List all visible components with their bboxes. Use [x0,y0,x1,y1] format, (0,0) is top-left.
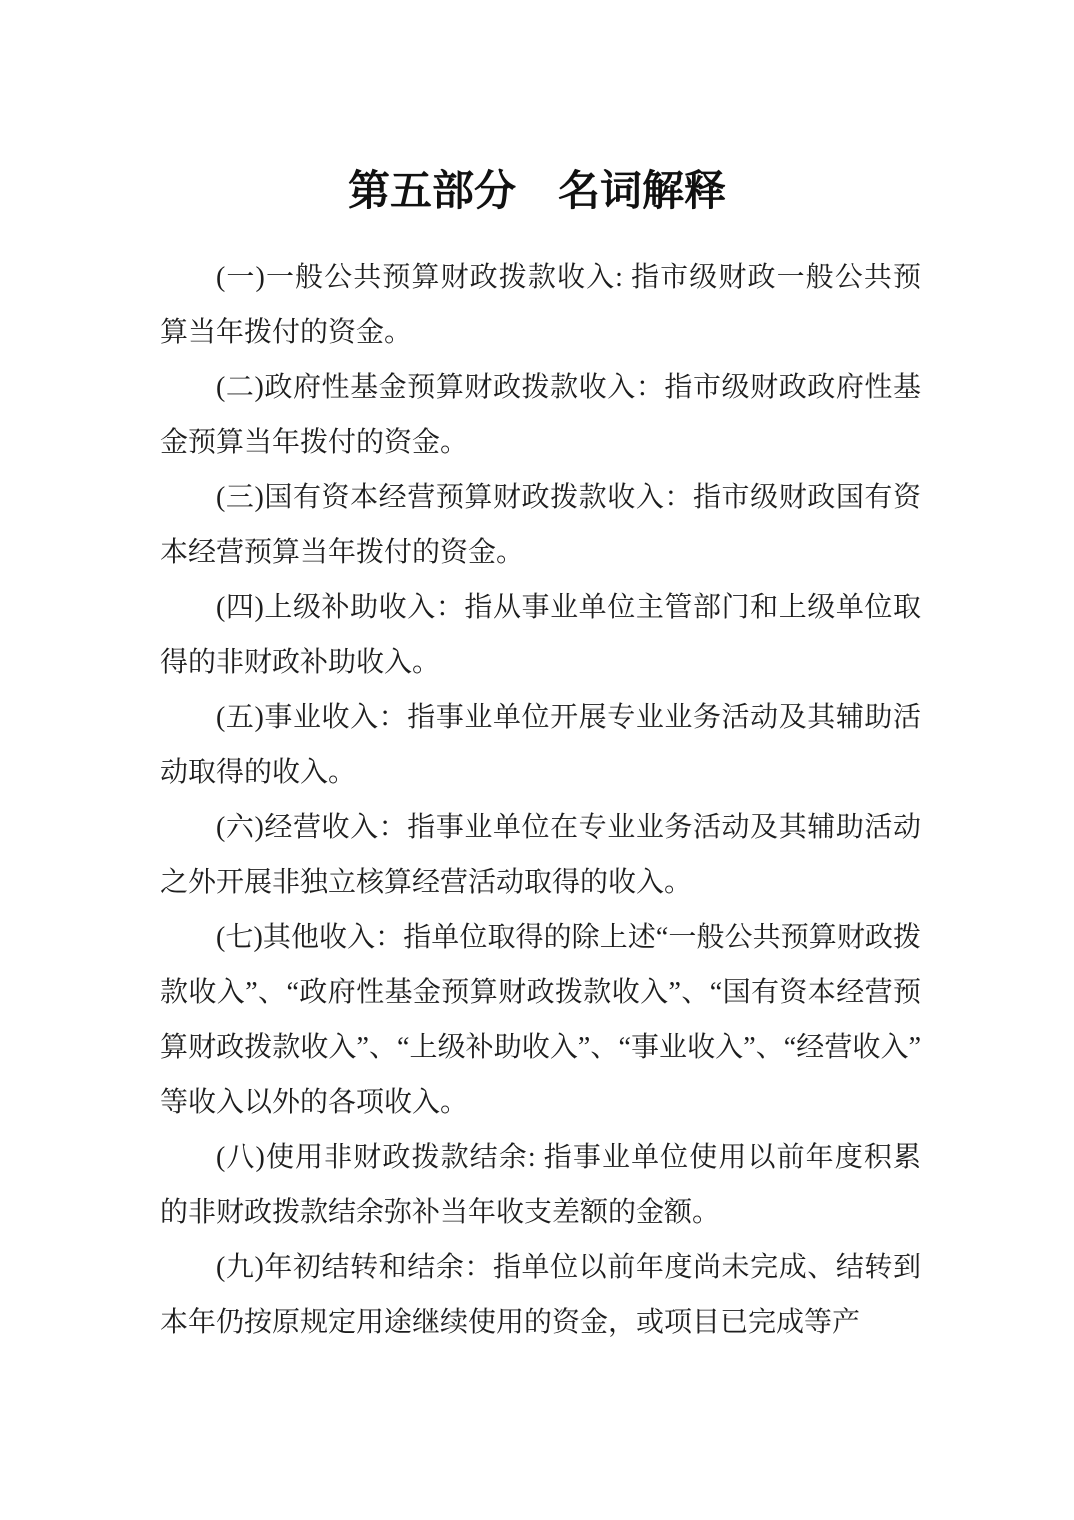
term-paragraph-general-public-budget: (一)一般公共预算财政拨款收入: 指市级财政一般公共预算当年拨付的资金。 [160,250,921,360]
term-paragraph-operating-income: (六)经营收入：指事业单位在专业业务活动及其辅助活动之外开展非独立核算经营活动取… [160,800,921,910]
glossary-content: (一)一般公共预算财政拨款收入: 指市级财政一般公共预算当年拨付的资金。 (二)… [160,250,921,1350]
term-paragraph-institutional-income: (五)事业收入：指事业单位开展专业业务活动及其辅助活动取得的收入。 [160,690,921,800]
term-paragraph-government-fund-budget: (二)政府性基金预算财政拨款收入：指市级财政政府性基金预算当年拨付的资金。 [160,360,921,470]
page-title: 第五部分 名词解释 [0,0,1074,213]
term-paragraph-carryover-balance: (九)年初结转和结余：指单位以前年度尚未完成、结转到本年仍按原规定用途继续使用的… [160,1240,921,1350]
term-paragraph-other-income: (七)其他收入：指单位取得的除上述“一般公共预算财政拨款收入”、“政府性基金预算… [160,910,921,1130]
term-paragraph-superior-subsidy-income: (四)上级补助收入：指从事业单位主管部门和上级单位取得的非财政补助收入。 [160,580,921,690]
term-paragraph-non-fiscal-balance: (八)使用非财政拨款结余: 指事业单位使用以前年度积累的非财政拨款结余弥补当年收… [160,1130,921,1240]
document-page: 第五部分 名词解释 (一)一般公共预算财政拨款收入: 指市级财政一般公共预算当年… [0,0,1074,1520]
term-paragraph-state-capital-budget: (三)国有资本经营预算财政拨款收入：指市级财政国有资本经营预算当年拨付的资金。 [160,470,921,580]
